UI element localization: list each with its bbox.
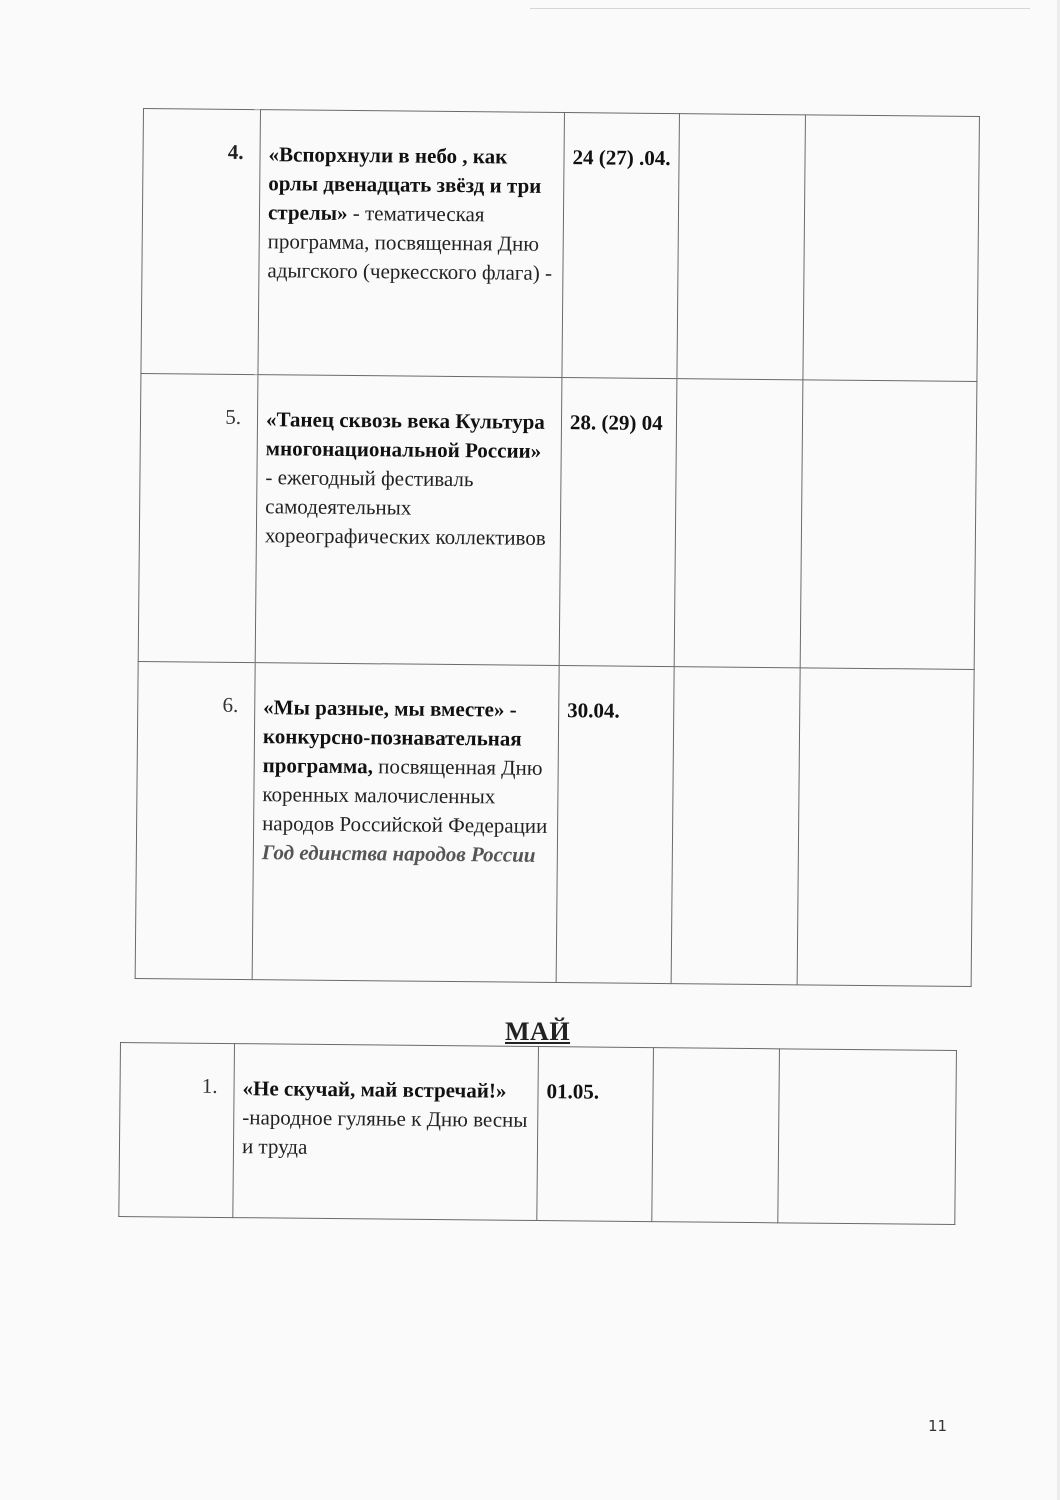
event-details: -народное гулянье к Дню весны и труда: [242, 1105, 528, 1159]
event-note: Год единства народов России: [262, 840, 536, 867]
row-number: 6.: [135, 661, 255, 979]
section-title-may: МАЙ: [505, 1017, 570, 1047]
empty-cell: [677, 114, 806, 380]
event-date: 28. (29) 04: [559, 378, 677, 667]
empty-cell: [652, 1048, 780, 1223]
event-description: «Мы разные, мы вместе» - конкурсно-позна…: [252, 663, 559, 983]
row-number: 4.: [141, 109, 261, 375]
empty-cell: [803, 115, 980, 382]
event-description: «Вспорхнули в небо , как орлы двенадцать…: [258, 110, 565, 378]
table-row: 5. «Танец сквозь века Культура многонаци…: [138, 373, 977, 669]
event-date: 01.05.: [537, 1047, 654, 1222]
event-title: «Танец сквозь века Культура многонациона…: [266, 407, 545, 463]
scan-edge-line: [530, 8, 1030, 9]
event-date: 24 (27) .04.: [562, 113, 680, 379]
event-description: «Не скучай, май встречай!» -народное гул…: [233, 1044, 539, 1221]
empty-cell: [671, 667, 800, 985]
event-description: «Танец сквозь века Культура многонациона…: [255, 375, 562, 666]
table-row: 4. «Вспорхнули в небо , как орлы двенадц…: [141, 109, 980, 382]
empty-cell: [674, 379, 803, 668]
event-title: «Не скучай, май встречай!»: [242, 1076, 506, 1103]
event-details: - ежегодный фестиваль самодеятельных хор…: [265, 465, 546, 550]
row-number: 1.: [119, 1043, 235, 1218]
row-number: 5.: [138, 373, 258, 662]
empty-cell: [800, 380, 977, 670]
empty-cell: [778, 1049, 957, 1225]
may-events-table: 1. «Не скучай, май встречай!» -народное …: [118, 1042, 957, 1225]
empty-cell: [797, 668, 974, 987]
april-events-table: 4. «Вспорхнули в небо , как орлы двенадц…: [135, 108, 980, 987]
page-number: 11: [928, 1417, 947, 1435]
table-row: 6. «Мы разные, мы вместе» - конкурсно-по…: [135, 661, 974, 986]
event-date: 30.04.: [556, 666, 674, 984]
table-row: 1. «Не скучай, май встречай!» -народное …: [119, 1043, 957, 1225]
